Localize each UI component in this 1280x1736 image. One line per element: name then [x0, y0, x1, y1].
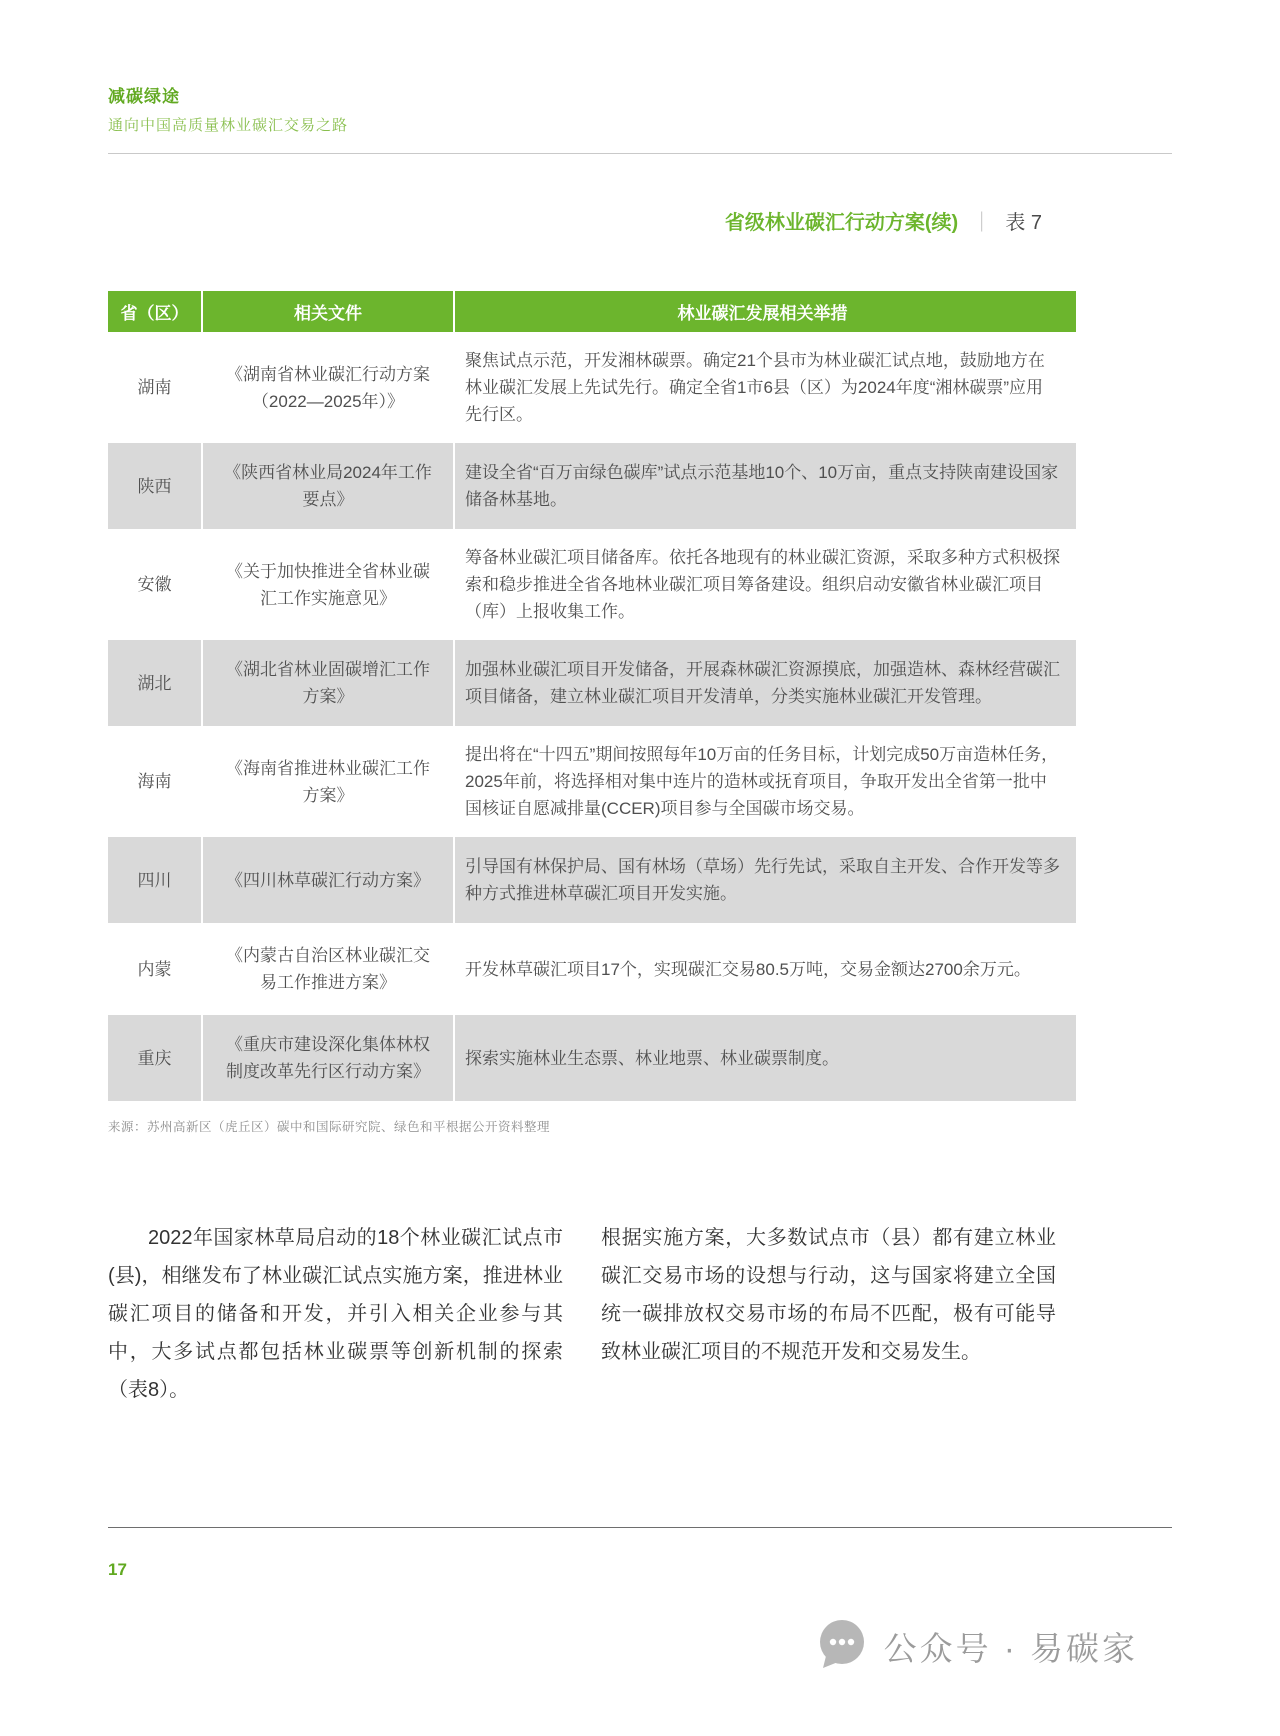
measures-cell: 探索实施林业生态票、林业地票、林业碳票制度。: [455, 1015, 1076, 1101]
province-name: 海南: [138, 768, 172, 795]
document-title: 《内蒙古自治区林业碳汇交易工作推进方案》: [221, 942, 435, 996]
document-cell: 《重庆市建设深化集体林权制度改革先行区行动方案》: [203, 1015, 453, 1101]
measures-text: 筹备林业碳汇项目储备库。依托各地现有的林业碳汇资源，采取多种方式积极探索和稳步推…: [465, 544, 1060, 625]
province-cell: 重庆: [108, 1015, 201, 1101]
document-title: 《湖南省林业碳汇行动方案（2022—2025年）》: [221, 361, 435, 415]
province-name: 湖南: [138, 374, 172, 401]
provincial-action-table: 省（区） 相关文件 林业碳汇发展相关举措 湖南 《湖南省林业碳汇行动方案（202…: [108, 291, 1076, 1101]
measures-text: 加强林业碳汇项目开发储备，开展森林碳汇资源摸底，加强造林、森林经营碳汇项目储备，…: [465, 656, 1060, 710]
province-name: 陕西: [138, 473, 172, 500]
province-cell: 湖南: [108, 335, 201, 440]
document-cell: 《湖南省林业碳汇行动方案（2022—2025年）》: [203, 335, 453, 440]
paragraph-left: 2022年国家林草局启动的18个林业碳汇试点市(县)，相继发布了林业碳汇试点实施…: [108, 1219, 563, 1409]
caption-divider: ｜: [972, 212, 992, 234]
measures-cell: 筹备林业碳汇项目储备库。依托各地现有的林业碳汇资源，采取多种方式积极探索和稳步推…: [455, 532, 1076, 637]
document-title: 《重庆市建设深化集体林权制度改革先行区行动方案》: [221, 1031, 435, 1085]
source-note: 来源：苏州高新区（虎丘区）碳中和国际研究院、绿色和平根据公开资料整理: [108, 1117, 1280, 1135]
province-cell: 湖北: [108, 640, 201, 726]
document-title: 《海南省推进林业碳汇工作方案》: [221, 755, 435, 809]
province-cell: 海南: [108, 729, 201, 834]
province-cell: 安徽: [108, 532, 201, 637]
chat-bubble-icon: [816, 1618, 868, 1675]
table-caption: 省级林业碳汇行动方案(续) ｜ 表 7: [108, 206, 1076, 235]
measures-text: 探索实施林业生态票、林业地票、林业碳票制度。: [465, 1045, 839, 1072]
document-page: 减碳绿途 通向中国高质量林业碳汇交易之路 省级林业碳汇行动方案(续) ｜ 表 7…: [0, 0, 1280, 1736]
province-cell: 四川: [108, 837, 201, 923]
header-divider: [108, 153, 1172, 154]
header-cell-document: 相关文件: [203, 291, 453, 332]
measures-text: 聚焦试点示范，开发湘林碳票。确定21个县市为林业碳汇试点地，鼓励地方在林业碳汇发…: [465, 347, 1060, 428]
table-row: 湖南 《湖南省林业碳汇行动方案（2022—2025年）》 聚焦试点示范，开发湘林…: [108, 335, 1076, 440]
document-cell: 《海南省推进林业碳汇工作方案》: [203, 729, 453, 834]
document-title: 《四川林草碳汇行动方案》: [226, 867, 430, 894]
document-cell: 《陕西省林业局2024年工作要点》: [203, 443, 453, 529]
doc-header: 减碳绿途 通向中国高质量林业碳汇交易之路: [0, 0, 1280, 135]
province-name: 安徽: [138, 571, 172, 598]
footer-divider: [108, 1527, 1172, 1528]
document-cell: 《湖北省林业固碳增汇工作方案》: [203, 640, 453, 726]
province-name: 重庆: [138, 1045, 172, 1072]
province-cell: 陕西: [108, 443, 201, 529]
table-row: 重庆 《重庆市建设深化集体林权制度改革先行区行动方案》 探索实施林业生态票、林业…: [108, 1015, 1076, 1101]
table-row: 湖北 《湖北省林业固碳增汇工作方案》 加强林业碳汇项目开发储备，开展森林碳汇资源…: [108, 640, 1076, 726]
document-title: 《湖北省林业固碳增汇工作方案》: [221, 656, 435, 710]
report-subtitle: 通向中国高质量林业碳汇交易之路: [108, 114, 1172, 135]
province-name: 四川: [138, 867, 172, 894]
measures-cell: 引导国有林保护局、国有林场（草场）先行先试，采取自主开发、合作开发等多种方式推进…: [455, 837, 1076, 923]
page-number: 17: [108, 1560, 127, 1580]
table-body: 湖南 《湖南省林业碳汇行动方案（2022—2025年）》 聚焦试点示范，开发湘林…: [108, 335, 1076, 1101]
province-name: 内蒙: [138, 956, 172, 983]
report-brand-title: 减碳绿途: [108, 82, 1172, 107]
document-cell: 《四川林草碳汇行动方案》: [203, 837, 453, 923]
table-number-label: 表 7: [1005, 212, 1042, 234]
header-cell-province: 省（区）: [108, 291, 201, 332]
measures-cell: 建设全省“百万亩绿色碳库”试点示范基地10个、10万亩，重点支持陕南建设国家储备…: [455, 443, 1076, 529]
measures-cell: 加强林业碳汇项目开发储备，开展森林碳汇资源摸底，加强造林、森林经营碳汇项目储备，…: [455, 640, 1076, 726]
header-cell-measures: 林业碳汇发展相关举措: [455, 291, 1076, 332]
table-row: 安徽 《关于加快推进全省林业碳汇工作实施意见》 筹备林业碳汇项目储备库。依托各地…: [108, 532, 1076, 637]
watermark-text: 公众号 · 易碳家: [884, 1623, 1138, 1670]
document-title: 《陕西省林业局2024年工作要点》: [221, 459, 435, 513]
body-text-columns: 2022年国家林草局启动的18个林业碳汇试点市(县)，相继发布了林业碳汇试点实施…: [108, 1219, 1056, 1409]
table-row: 海南 《海南省推进林业碳汇工作方案》 提出将在“十四五”期间按照每年10万亩的任…: [108, 729, 1076, 834]
measures-cell: 聚焦试点示范，开发湘林碳票。确定21个县市为林业碳汇试点地，鼓励地方在林业碳汇发…: [455, 335, 1076, 440]
watermark: 公众号 · 易碳家: [816, 1618, 1138, 1675]
table-row: 陕西 《陕西省林业局2024年工作要点》 建设全省“百万亩绿色碳库”试点示范基地…: [108, 443, 1076, 529]
province-cell: 内蒙: [108, 926, 201, 1012]
measures-text: 提出将在“十四五”期间按照每年10万亩的任务目标，计划完成50万亩造林任务，20…: [465, 741, 1060, 822]
measures-text: 开发林草碳汇项目17个，实现碳汇交易80.5万吨，交易金额达2700余万元。: [465, 956, 1031, 983]
measures-cell: 开发林草碳汇项目17个，实现碳汇交易80.5万吨，交易金额达2700余万元。: [455, 926, 1076, 1012]
table-row: 内蒙 《内蒙古自治区林业碳汇交易工作推进方案》 开发林草碳汇项目17个，实现碳汇…: [108, 926, 1076, 1012]
paragraph-right: 根据实施方案，大多数试点市（县）都有建立林业碳汇交易市场的设想与行动，这与国家将…: [601, 1219, 1056, 1409]
table-header-row: 省（区） 相关文件 林业碳汇发展相关举措: [108, 291, 1076, 332]
document-cell: 《关于加快推进全省林业碳汇工作实施意见》: [203, 532, 453, 637]
document-cell: 《内蒙古自治区林业碳汇交易工作推进方案》: [203, 926, 453, 1012]
table-row: 四川 《四川林草碳汇行动方案》 引导国有林保护局、国有林场（草场）先行先试，采取…: [108, 837, 1076, 923]
measures-text: 建设全省“百万亩绿色碳库”试点示范基地10个、10万亩，重点支持陕南建设国家储备…: [465, 459, 1060, 513]
measures-cell: 提出将在“十四五”期间按照每年10万亩的任务目标，计划完成50万亩造林任务，20…: [455, 729, 1076, 834]
province-name: 湖北: [138, 670, 172, 697]
measures-text: 引导国有林保护局、国有林场（草场）先行先试，采取自主开发、合作开发等多种方式推进…: [465, 853, 1060, 907]
table-caption-title: 省级林业碳汇行动方案(续): [725, 212, 958, 234]
document-title: 《关于加快推进全省林业碳汇工作实施意见》: [221, 558, 435, 612]
